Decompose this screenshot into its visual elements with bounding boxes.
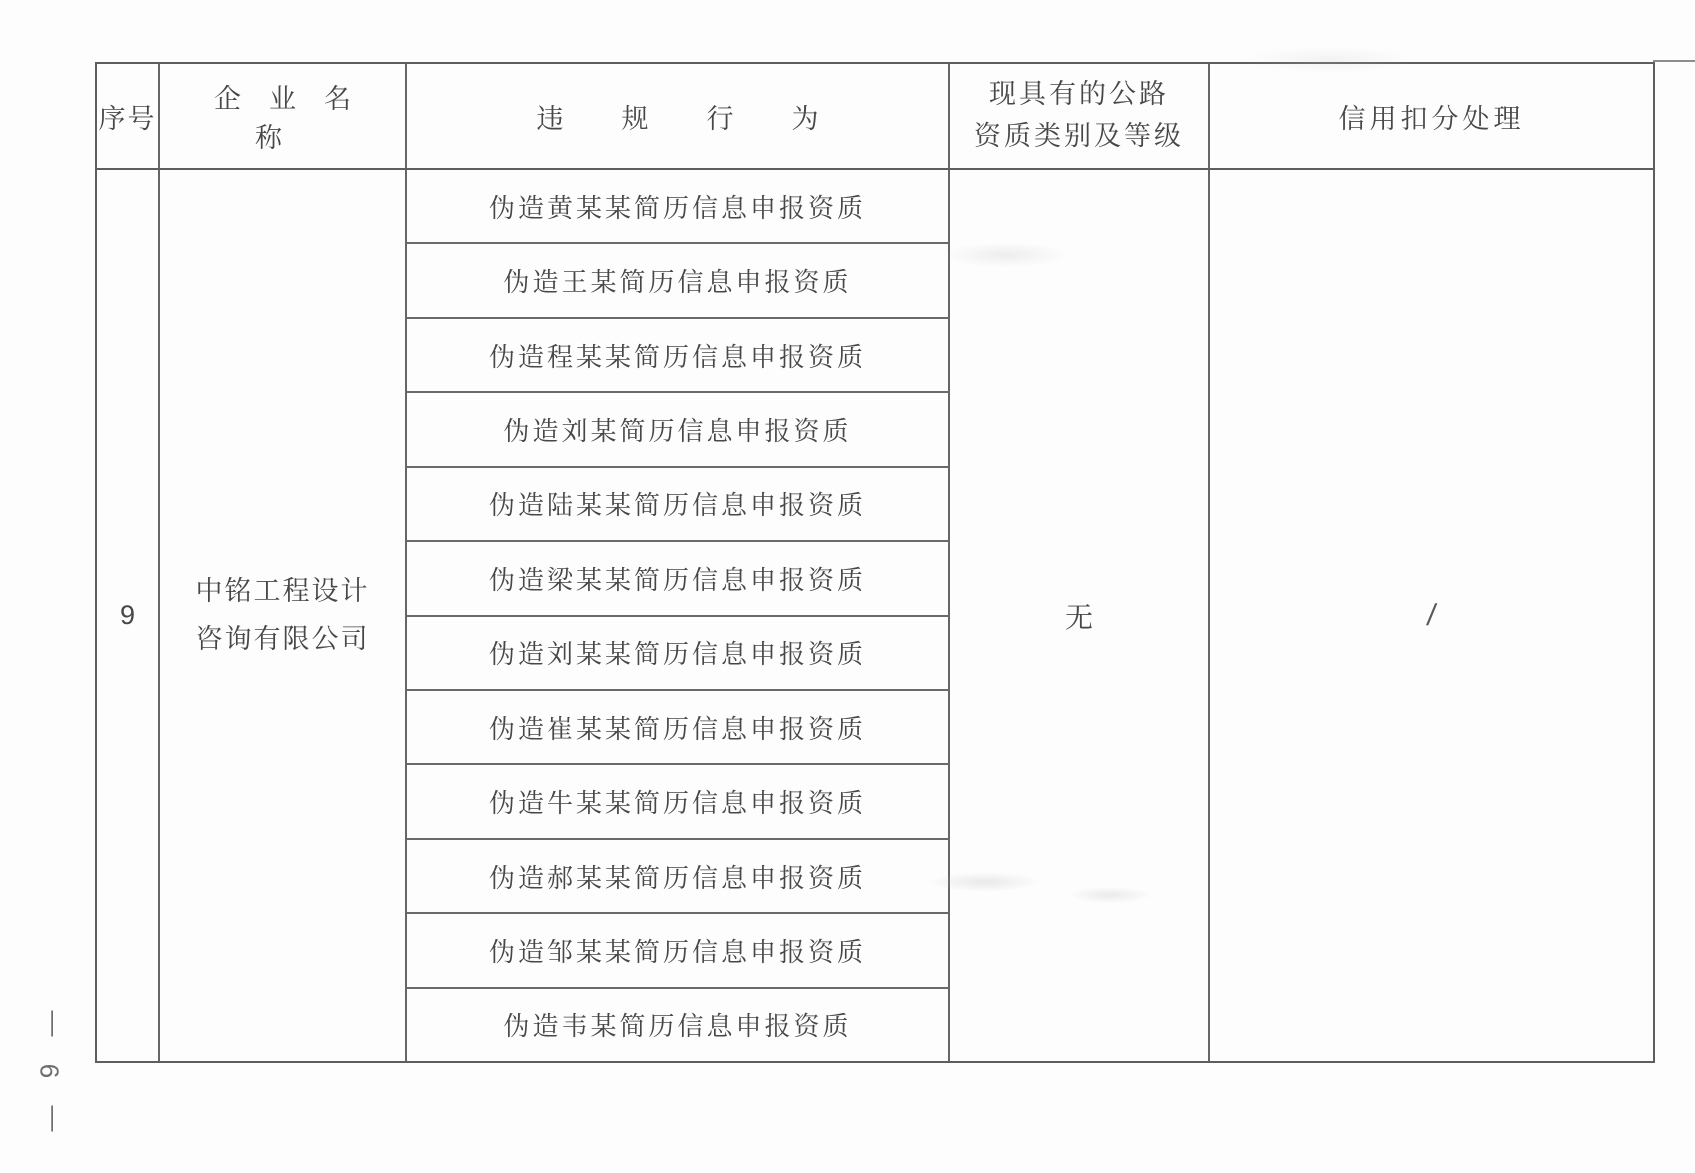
violation-item: 伪造崔某某简历信息申报资质	[407, 691, 948, 765]
violation-item: 伪造黄某某简历信息申报资质	[407, 170, 948, 244]
violations-table: 序号 企业名称 违规行为 现具有的公路 资质类别及等级 信用扣分处理 9 中铭工…	[95, 62, 1655, 1063]
cell-row-index: 9	[97, 170, 160, 1061]
violation-item: 伪造刘某简历信息申报资质	[407, 393, 948, 467]
header-cell-qualification: 现具有的公路 资质类别及等级	[950, 64, 1210, 168]
scanned-document-page: 序号 企业名称 违规行为 现具有的公路 资质类别及等级 信用扣分处理 9 中铭工…	[0, 0, 1695, 1173]
violation-item: 伪造牛某某简历信息申报资质	[407, 765, 948, 839]
violation-item: 伪造韦某简历信息申报资质	[407, 989, 948, 1061]
header-cell-index: 序号	[97, 64, 160, 168]
table-header-row: 序号 企业名称 违规行为 现具有的公路 资质类别及等级 信用扣分处理	[97, 64, 1653, 170]
header-cell-violation: 违规行为	[407, 64, 950, 168]
violations-list: 伪造黄某某简历信息申报资质 伪造王某简历信息申报资质 伪造程某某简历信息申报资质…	[407, 170, 950, 1061]
violation-item: 伪造程某某简历信息申报资质	[407, 319, 948, 393]
header-cell-credit: 信用扣分处理	[1210, 64, 1653, 168]
header-cell-company: 企业名称	[160, 64, 407, 168]
violation-item: 伪造陆某某简历信息申报资质	[407, 468, 948, 542]
violation-item: 伪造梁某某简历信息申报资质	[407, 542, 948, 616]
page-number: — 9 —	[35, 1001, 66, 1132]
cell-credit-deduction: /	[1147, 170, 1695, 1061]
table-body-row: 9 中铭工程设计 咨询有限公司 伪造黄某某简历信息申报资质 伪造王某简历信息申报…	[97, 170, 1653, 1061]
violation-item: 伪造王某简历信息申报资质	[407, 244, 948, 318]
cell-company-name: 中铭工程设计 咨询有限公司	[160, 170, 407, 1061]
violation-item: 伪造邹某某简历信息申报资质	[407, 914, 948, 988]
violation-item: 伪造刘某某简历信息申报资质	[407, 617, 948, 691]
violation-item: 伪造郝某某简历信息申报资质	[407, 840, 948, 914]
scan-line-artifact	[1653, 60, 1695, 62]
